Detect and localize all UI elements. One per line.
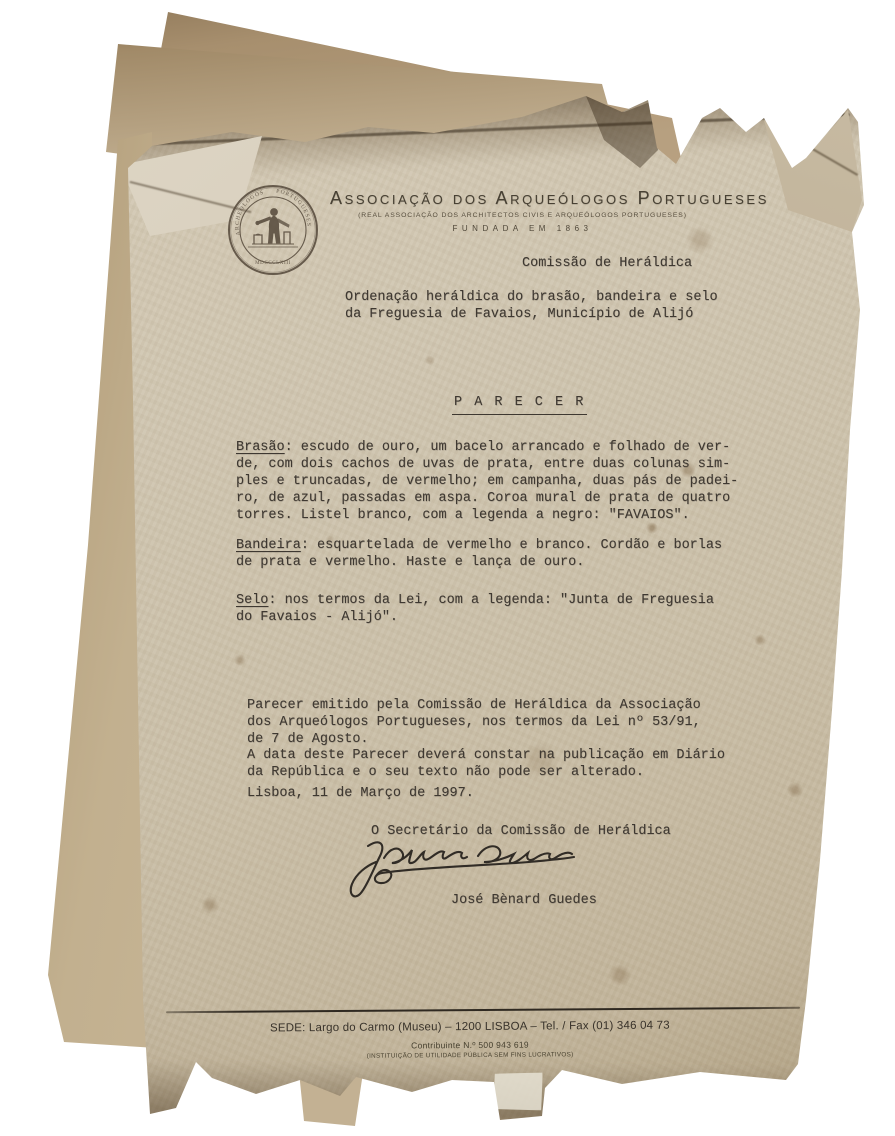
typed-signature-name: José Bènard Guedes xyxy=(451,893,597,910)
emission-line: de 7 de Agosto. xyxy=(247,732,701,749)
tape-fragment xyxy=(491,1070,546,1114)
footer-divider xyxy=(166,1007,800,1013)
document-title: P A R E C E R xyxy=(452,395,587,415)
seal-ring-text-left: ARCHEOLOGOS xyxy=(235,190,265,236)
brasao-paragraph: Brasão: escudo de ouro, um bacelo arranc… xyxy=(236,440,738,525)
bandeira-lead: Bandeira xyxy=(236,538,301,553)
bandeira-line: de prata e vermelho. Haste e lança de ou… xyxy=(236,555,722,572)
brasao-lead: Brasão xyxy=(236,440,285,455)
emission-line: Parecer emitido pela Comissão de Heráldi… xyxy=(247,698,701,715)
note-line: da República e o seu texto não pode ser … xyxy=(247,765,725,782)
footer-block: SEDE: Largo do Carmo (Museu) – 1200 LISB… xyxy=(150,1019,790,1061)
subject-block: Ordenação heráldica do brasão, bandeira … xyxy=(345,290,718,324)
brasao-line: ples e truncadas, de vermelho; em campan… xyxy=(236,474,738,491)
footer-address: SEDE: Largo do Carmo (Museu) – 1200 LISB… xyxy=(150,1019,790,1035)
emission-line: dos Arqueólogos Portugueses, nos termos … xyxy=(247,715,701,732)
brasao-line: torres. Listel branco, com a legenda a n… xyxy=(236,508,738,525)
document-scene: ARCHEOLOGOS PORTUGUESES MDCCCLXIII xyxy=(0,0,895,1136)
note-line: A data deste Parecer deverá constar na p… xyxy=(247,748,725,765)
title-text: P A R E C E R xyxy=(452,395,587,415)
emission-paragraph: Parecer emitido pela Comissão de Heráldi… xyxy=(247,698,701,749)
brasao-line: Brasão: escudo de ouro, um bacelo arranc… xyxy=(236,440,738,457)
association-seal: ARCHEOLOGOS PORTUGUESES MDCCCLXIII xyxy=(226,183,320,277)
brasao-line: de, com dois cachos de uvas de prata, en… xyxy=(236,457,738,474)
selo-line: do Favaios - Alijó". xyxy=(236,610,714,627)
letterhead: Associação dos Arqueólogos Portugueses (… xyxy=(330,188,715,233)
organization-name: Associação dos Arqueólogos Portugueses xyxy=(330,188,715,209)
commission-line: Comissão de Heráldica xyxy=(522,256,692,273)
selo-lead: Selo xyxy=(236,593,268,608)
subject-line: Ordenação heráldica do brasão, bandeira … xyxy=(345,290,718,307)
subject-line: da Freguesia de Favaios, Município de Al… xyxy=(345,307,718,324)
seal-date-roman: MDCCCLXIII xyxy=(255,261,291,266)
selo-line: Selo: nos termos da Lei, com a legenda: … xyxy=(236,593,714,610)
dateline: Lisboa, 11 de Março de 1997. xyxy=(247,786,474,803)
bandeira-line: Bandeira: esquartelada de vermelho e bra… xyxy=(236,538,722,555)
selo-paragraph: Selo: nos termos da Lei, com a legenda: … xyxy=(236,593,714,627)
note-paragraph: A data deste Parecer deverá constar na p… xyxy=(247,748,725,782)
seal-figure-icon xyxy=(248,209,298,247)
bandeira-paragraph: Bandeira: esquartelada de vermelho e bra… xyxy=(236,538,722,572)
brasao-line: ro, de azul, passadas em aspa. Coroa mur… xyxy=(236,491,738,508)
organization-subtitle: (REAL ASSOCIAÇÃO DOS ARCHITECTOS CIVIS E… xyxy=(330,212,715,219)
svg-text:ARCHEOLOGOS: ARCHEOLOGOS xyxy=(235,190,265,236)
organization-founded: FUNDADA EM 1863 xyxy=(330,224,715,233)
